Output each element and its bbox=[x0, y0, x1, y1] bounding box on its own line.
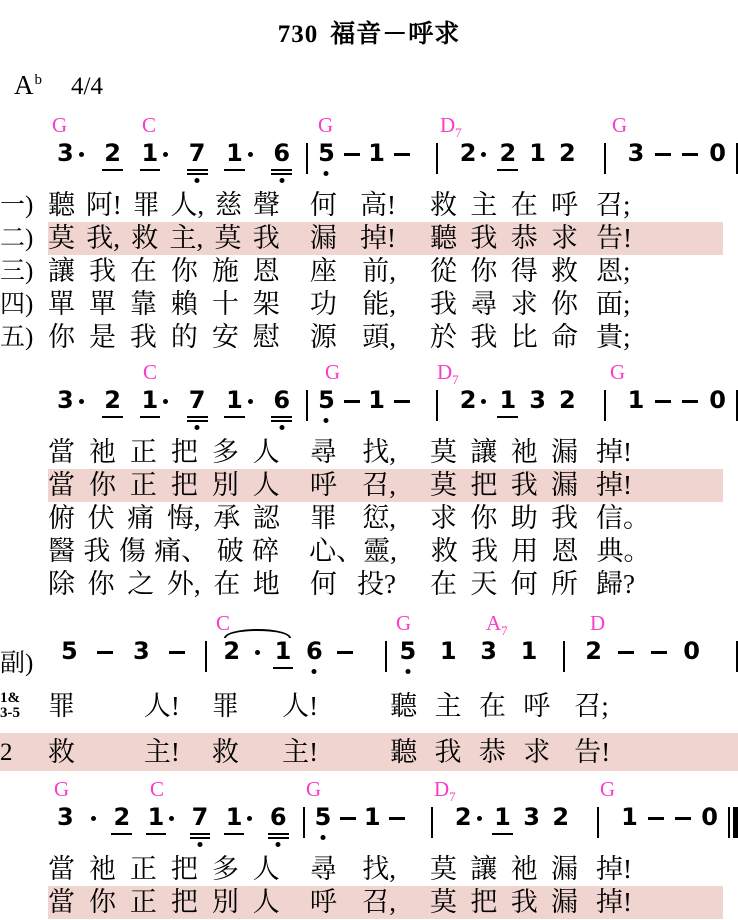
lyric-syllable: 頭, bbox=[362, 321, 396, 354]
lyric-syllable: 傷 bbox=[119, 535, 146, 568]
lyric-syllable: 祂 bbox=[511, 436, 538, 469]
lyric-syllable: 恩 bbox=[551, 535, 578, 568]
lyric-groups: 讓我在你施恩座前,從你得救恩; bbox=[48, 255, 723, 288]
duration-dot bbox=[255, 650, 260, 655]
dash bbox=[340, 817, 356, 820]
lyric-syllable: 尋 bbox=[310, 853, 337, 886]
note: 2 bbox=[499, 139, 516, 189]
note-digit: 3 bbox=[57, 386, 74, 414]
hymn-title: 730福音－呼求 bbox=[0, 14, 738, 50]
lyric-line: 除你之外,在地何投?在天何所歸? bbox=[0, 568, 738, 601]
low-octave-dot bbox=[320, 835, 325, 840]
note bbox=[169, 637, 185, 687]
note-digit: 5 bbox=[61, 637, 78, 665]
lyric-group: 我尋求你 bbox=[430, 288, 594, 321]
lyric-syllable: 靠 bbox=[130, 288, 157, 321]
lyric-syllable: 漏 bbox=[310, 222, 337, 255]
low-octave-dot bbox=[324, 418, 329, 423]
note bbox=[394, 386, 410, 436]
low-octave-dot bbox=[405, 669, 410, 674]
lyric-syllable: 尋 bbox=[470, 288, 497, 321]
note: 1 bbox=[364, 803, 381, 853]
lyric-syllable: 靈, bbox=[363, 535, 397, 568]
lyric-syllable: 醫 bbox=[48, 535, 75, 568]
note: 6 bbox=[306, 637, 323, 687]
lyric-syllable: 在 bbox=[479, 690, 506, 723]
lyric-syllable: 別 bbox=[212, 886, 239, 919]
lyric-syllable: 把 bbox=[171, 436, 198, 469]
lyric-syllable: 歸? bbox=[596, 568, 635, 601]
note: 3 bbox=[480, 637, 497, 687]
lyric-syllable: 面; bbox=[596, 288, 631, 321]
dash bbox=[648, 817, 664, 820]
chord-row: CGD7G bbox=[0, 360, 738, 384]
chord-label: G bbox=[612, 113, 627, 137]
verse-number-label: 一) bbox=[0, 189, 48, 222]
lyric-syllable: 求 bbox=[511, 288, 538, 321]
note bbox=[618, 637, 634, 687]
dash bbox=[169, 651, 185, 654]
dash bbox=[682, 153, 698, 156]
note: 2 bbox=[104, 386, 121, 436]
lyric-syllable: 救 bbox=[131, 222, 158, 255]
lyric-syllable: 人 bbox=[253, 886, 280, 919]
lyric-groups: 當你正把別人呼召,莫把我漏掉! bbox=[48, 886, 723, 919]
lyric-group: 何投? bbox=[304, 568, 430, 601]
lyric-syllable: 求 bbox=[430, 502, 457, 535]
chord-label: C bbox=[216, 611, 230, 635]
lyric-syllable: 架 bbox=[253, 288, 280, 321]
note-digit: 1 bbox=[226, 139, 243, 167]
lyric-syllable: 慈 bbox=[215, 189, 242, 222]
lyric-group: 何高! bbox=[304, 189, 430, 222]
lyric-syllable: 所 bbox=[551, 568, 578, 601]
note: 3 bbox=[57, 386, 84, 436]
lyric-syllable: 安 bbox=[212, 321, 239, 354]
lyric-syllable: 在 bbox=[130, 255, 157, 288]
lyric-group: 莫讓祂漏 bbox=[430, 853, 594, 886]
notation-row: 32171651213210 bbox=[0, 386, 738, 436]
lyric-syllable: 你 bbox=[470, 255, 497, 288]
lyric-syllable: 恩 bbox=[253, 255, 280, 288]
note-digit: 5 bbox=[318, 386, 335, 414]
note-digit: 0 bbox=[709, 139, 726, 167]
lyric-syllable: 在 bbox=[430, 568, 457, 601]
dash bbox=[344, 153, 360, 156]
lyric-syllable: 找, bbox=[362, 853, 396, 886]
lyric-syllable: 之 bbox=[127, 568, 154, 601]
chord-label: A7 bbox=[486, 611, 508, 637]
lyric-syllable: 認 bbox=[253, 502, 280, 535]
lyric-group: 莫讓祂漏 bbox=[430, 436, 594, 469]
lyric-syllable: 痛、 bbox=[154, 535, 208, 568]
note-digit: 3 bbox=[480, 637, 497, 665]
dash bbox=[655, 400, 671, 403]
measure: 5131 bbox=[387, 637, 563, 687]
note: 6 bbox=[273, 139, 290, 189]
lyric-syllable: 除 bbox=[48, 568, 75, 601]
low-octave-dot bbox=[276, 842, 281, 847]
note-digit: 3 bbox=[523, 803, 540, 831]
note: 6 bbox=[270, 803, 287, 853]
note bbox=[344, 386, 360, 436]
lyric-syllable: 痛 bbox=[127, 502, 154, 535]
lyric-group: 呼召, bbox=[304, 469, 430, 502]
note: 1 bbox=[226, 803, 253, 853]
lyric-syllable: 貴; bbox=[596, 321, 631, 354]
note: 2 bbox=[559, 139, 576, 189]
verse-number-label: 1&3-5 bbox=[0, 691, 48, 721]
notation-row: 32171651213210 bbox=[0, 803, 738, 853]
chord-label: G bbox=[306, 777, 321, 801]
lyric-syllable: 掉! bbox=[596, 469, 632, 502]
note-digit: 2 bbox=[585, 637, 602, 665]
lyric-syllable: 恭 bbox=[511, 222, 538, 255]
lyric-syllable: 用 bbox=[511, 535, 538, 568]
note-digit: 3 bbox=[57, 139, 74, 167]
chord-label: G bbox=[396, 611, 411, 635]
lyric-group: 罪人! bbox=[204, 690, 380, 723]
music-system: CGA7D副)532165131201&3-5罪人!罪人!聽主在呼召;2救主!救… bbox=[0, 611, 738, 771]
note: 1 bbox=[499, 386, 516, 436]
chord-row: GCGD7G bbox=[0, 113, 738, 137]
chord-label: G bbox=[52, 113, 67, 137]
measures: 32171651213210 bbox=[48, 386, 738, 436]
measure: 51 bbox=[308, 139, 436, 189]
note-digit: 3 bbox=[133, 637, 150, 665]
note-digit: 6 bbox=[273, 139, 290, 167]
lyric-syllable: 主, bbox=[170, 222, 204, 255]
lyric-group: 你是我的安慰 bbox=[48, 321, 304, 354]
lyric-groups: 當祂正把多人尋找,莫讓祂漏掉! bbox=[48, 853, 723, 886]
lyric-groups: 罪人!罪人!聽主在呼召; bbox=[48, 687, 723, 725]
note: 3 bbox=[57, 803, 74, 853]
dash bbox=[675, 817, 691, 820]
lyric-group: 座前, bbox=[304, 255, 430, 288]
note: 1 bbox=[275, 637, 292, 687]
final-barline bbox=[733, 807, 738, 838]
lyric-syllable: 莫 bbox=[48, 222, 75, 255]
lyric-line: 當你正把別人呼召,莫把我漏掉! bbox=[0, 469, 738, 502]
lyric-syllable: 把 bbox=[171, 469, 198, 502]
lyric-syllable: 莫 bbox=[430, 886, 457, 919]
note-digit: 1 bbox=[226, 386, 243, 414]
lyric-syllable: 正 bbox=[130, 886, 157, 919]
lyric-group: 求你助我 bbox=[430, 502, 594, 535]
measure: 51 bbox=[308, 386, 436, 436]
note-digit: 6 bbox=[306, 637, 323, 665]
lyric-groups: 當祂正把多人尋找,莫讓祂漏掉! bbox=[48, 436, 723, 469]
lyric-syllable: 當 bbox=[48, 853, 75, 886]
note-digit: 1 bbox=[521, 637, 538, 665]
note-digit: 1 bbox=[142, 386, 159, 414]
note-digit: 5 bbox=[315, 803, 332, 831]
note-digit: 1 bbox=[529, 139, 546, 167]
lyric-syllable: 聽 bbox=[390, 736, 417, 769]
low-octave-dot bbox=[279, 425, 284, 430]
music-system: CGD7G32171651213210當祂正把多人尋找,莫讓祂漏掉!當你正把別人… bbox=[0, 360, 738, 601]
lyric-syllable: 在 bbox=[511, 189, 538, 222]
lyric-group: 尋找, bbox=[304, 853, 430, 886]
note: 2 bbox=[559, 386, 576, 436]
note-digit: 2 bbox=[455, 803, 472, 831]
dash bbox=[682, 400, 698, 403]
lyric-line: 四)單單靠賴十架功能,我尋求你面; bbox=[0, 288, 738, 321]
lyric-group: 聽我恭求 bbox=[430, 222, 594, 255]
lyric-group: 罪愆, bbox=[304, 502, 430, 535]
verse-number-label: 三) bbox=[0, 255, 48, 288]
lyric-group: 掉! bbox=[594, 469, 723, 502]
lyric-syllable: 伏 bbox=[88, 502, 115, 535]
chord-label: G bbox=[600, 777, 615, 801]
low-octave-dot bbox=[324, 171, 329, 176]
lyric-syllable: 能, bbox=[362, 288, 396, 321]
note bbox=[655, 386, 671, 436]
chord-subscript: 7 bbox=[455, 125, 462, 140]
chord-subscript: 7 bbox=[449, 789, 456, 804]
lyric-groups: 你是我的安慰源頭,於我比命貴; bbox=[48, 321, 723, 354]
chord-label: D7 bbox=[434, 777, 456, 803]
lyric-syllable: 我 bbox=[89, 255, 116, 288]
verse-number-label: 四) bbox=[0, 288, 48, 321]
lyric-syllable: 祂 bbox=[511, 853, 538, 886]
lyric-syllable: 何 bbox=[310, 189, 337, 222]
lyric-group: 召; bbox=[554, 690, 723, 723]
lyric-group: 從你得救 bbox=[430, 255, 594, 288]
measure: 2132 bbox=[433, 803, 597, 853]
lyric-syllable: 讓 bbox=[470, 853, 497, 886]
lyric-syllable: 何 bbox=[310, 568, 337, 601]
lyric-syllable: 人! bbox=[282, 690, 318, 723]
note: 0 bbox=[709, 386, 726, 436]
lyric-syllable: 主! bbox=[282, 736, 318, 769]
lyric-syllable: 功 bbox=[310, 288, 337, 321]
note: 2 bbox=[104, 139, 121, 189]
lyric-group: 當祂正把多人 bbox=[48, 853, 304, 886]
lyric-group: 信。 bbox=[594, 502, 723, 535]
note-digit: 7 bbox=[189, 139, 206, 167]
lyric-group: 掉! bbox=[594, 886, 723, 919]
lyric-syllable: 外, bbox=[167, 568, 201, 601]
note: 7 bbox=[189, 386, 206, 436]
note-digit: 2 bbox=[460, 386, 477, 414]
lyric-syllable: 我 bbox=[130, 321, 157, 354]
duration-dot bbox=[163, 152, 168, 157]
note bbox=[675, 803, 691, 853]
chord-label: D7 bbox=[440, 113, 462, 139]
lyric-groups: 救主!救主!聽我恭求告! bbox=[48, 733, 723, 771]
lyric-syllable: 座 bbox=[310, 255, 337, 288]
lyric-syllable: 慰 bbox=[253, 321, 280, 354]
lyric-group: 功能, bbox=[304, 288, 430, 321]
note: 1 bbox=[226, 139, 253, 189]
chord-label: G bbox=[54, 777, 69, 801]
lyric-syllable: 我 bbox=[551, 502, 578, 535]
lyric-syllable: 正 bbox=[130, 436, 157, 469]
note: 2 bbox=[455, 803, 482, 853]
note: 2 bbox=[552, 803, 569, 853]
note-digit: 1 bbox=[142, 139, 159, 167]
lyric-group: 掉! bbox=[594, 436, 723, 469]
note-digit: 3 bbox=[628, 139, 645, 167]
dash bbox=[655, 153, 671, 156]
duration-dot bbox=[481, 399, 486, 404]
lyric-syllable: 漏 bbox=[551, 853, 578, 886]
lyric-syllable: 漏 bbox=[551, 886, 578, 919]
low-octave-dot bbox=[279, 178, 284, 183]
lyric-group: 面; bbox=[594, 288, 723, 321]
lyric-syllable: 心、 bbox=[309, 535, 363, 568]
lyric-syllable: 讓 bbox=[48, 255, 75, 288]
lyric-syllable: 漏 bbox=[551, 436, 578, 469]
note: 0 bbox=[701, 803, 718, 853]
lyric-syllable: 源 bbox=[310, 321, 337, 354]
lyric-syllable: 前, bbox=[362, 255, 396, 288]
lyric-syllable: 莫 bbox=[430, 469, 457, 502]
lyric-syllable: 我 bbox=[470, 222, 497, 255]
note: 1 bbox=[368, 386, 385, 436]
lyric-syllable: 高! bbox=[360, 189, 396, 222]
lyric-syllable: 地 bbox=[253, 568, 280, 601]
chord-row: GCGD7G bbox=[0, 777, 738, 801]
lyric-group: 救主在呼 bbox=[430, 189, 594, 222]
note-digit: 7 bbox=[189, 386, 206, 414]
lyric-syllable: 召; bbox=[596, 189, 631, 222]
lyric-syllable: 讓 bbox=[470, 436, 497, 469]
note bbox=[340, 803, 356, 853]
lyric-group: 莫把我漏 bbox=[430, 469, 594, 502]
chord-label: D bbox=[590, 611, 605, 635]
lyric-syllable: 助 bbox=[511, 502, 538, 535]
lyric-line: 2救主!救主!聽我恭求告! bbox=[0, 733, 738, 771]
lyric-syllable: 我 bbox=[83, 535, 110, 568]
lyric-syllable: 求 bbox=[523, 736, 550, 769]
measure: 216 bbox=[207, 637, 385, 687]
note: 7 bbox=[192, 803, 209, 853]
lyric-syllable: 多 bbox=[212, 853, 239, 886]
note-digit: 2 bbox=[559, 386, 576, 414]
lyric-syllable: 把 bbox=[470, 469, 497, 502]
notation-row: 副)53216513120 bbox=[0, 637, 738, 687]
dash bbox=[394, 153, 410, 156]
measure: 321716 bbox=[48, 386, 306, 436]
lyric-syllable: 你 bbox=[89, 469, 116, 502]
lyric-group: 莫把我漏 bbox=[430, 886, 594, 919]
note-digit: 0 bbox=[683, 637, 700, 665]
lyric-syllable: 比 bbox=[511, 321, 538, 354]
lyric-syllable: 悔, bbox=[167, 502, 201, 535]
chord-row: CGA7D bbox=[0, 611, 738, 635]
lyric-syllable: 信。 bbox=[596, 502, 650, 535]
lyric-groups: 俯伏痛悔,承認罪愆,求你助我信。 bbox=[48, 502, 723, 535]
verse-number-label: 五) bbox=[0, 321, 48, 354]
note-digit: 1 bbox=[621, 803, 638, 831]
lyric-syllable: 的 bbox=[171, 321, 198, 354]
lyric-syllable: 呼 bbox=[551, 189, 578, 222]
lyric-syllable: 典。 bbox=[596, 535, 650, 568]
verse-number-text: 1& bbox=[0, 691, 48, 706]
note: 1 bbox=[621, 803, 638, 853]
lyric-groups: 除你之外,在地何投?在天何所歸? bbox=[48, 568, 723, 601]
note-digit: 2 bbox=[104, 386, 121, 414]
lyric-syllable: 人 bbox=[253, 469, 280, 502]
hymn-number: 730 bbox=[278, 21, 319, 48]
systems-container: GCGD7G32171651221230一)聽阿!罪人,慈聲何高!救主在呼召;二… bbox=[0, 113, 738, 919]
chord-label: D7 bbox=[437, 360, 459, 386]
lyric-groups: 單單靠賴十架功能,我尋求你面; bbox=[48, 288, 723, 321]
duration-dot bbox=[79, 399, 84, 404]
hymn-sheet-page: 730福音－呼求 Ab4/4 GCGD7G32171651221230一)聽阿!… bbox=[0, 0, 738, 920]
lyric-syllable: 何 bbox=[511, 568, 538, 601]
lyric-syllable: 人 bbox=[253, 436, 280, 469]
measure: 10 bbox=[599, 803, 728, 853]
lyric-group: 讓我在你施恩 bbox=[48, 255, 304, 288]
lyric-group: 於我比命 bbox=[430, 321, 594, 354]
chord-subscript: 7 bbox=[501, 623, 508, 638]
lyric-syllable: 罪 bbox=[48, 690, 75, 723]
lyric-syllable: 我 bbox=[430, 288, 457, 321]
lyric-syllable: 把 bbox=[470, 886, 497, 919]
lyric-group: 聽主在呼 bbox=[380, 690, 554, 723]
lyric-syllable: 在 bbox=[213, 568, 240, 601]
lyric-group: 救我用恩 bbox=[431, 535, 595, 568]
chord-label: G bbox=[318, 113, 333, 137]
lyric-syllable: 投? bbox=[357, 568, 396, 601]
lyric-group: 告! bbox=[554, 736, 723, 769]
note: 1 bbox=[628, 386, 645, 436]
dash bbox=[651, 651, 667, 654]
chorus-label bbox=[0, 139, 48, 189]
note-digit: 5 bbox=[318, 139, 335, 167]
key-letter: A bbox=[14, 70, 34, 100]
note-digit: 7 bbox=[192, 803, 209, 831]
note-digit: 1 bbox=[494, 803, 511, 831]
lyric-group: 告! bbox=[594, 222, 723, 255]
lyric-group: 心、靈, bbox=[303, 535, 431, 568]
lyric-syllable: 救 bbox=[48, 736, 75, 769]
lyric-group: 醫我傷痛、破碎 bbox=[48, 535, 303, 568]
lyric-syllable: 你 bbox=[470, 502, 497, 535]
lyric-syllable: 當 bbox=[48, 436, 75, 469]
chord-label: C bbox=[150, 777, 164, 801]
lyric-syllable: 呼 bbox=[310, 886, 337, 919]
note: 3 bbox=[529, 386, 546, 436]
note bbox=[91, 803, 96, 853]
notation-row: 32171651221230 bbox=[0, 139, 738, 189]
lyric-syllable: 單 bbox=[48, 288, 75, 321]
lyric-group: 呼召, bbox=[304, 886, 430, 919]
note-digit: 3 bbox=[57, 803, 74, 831]
note-digit: 1 bbox=[628, 386, 645, 414]
lyric-syllable: 罪 bbox=[310, 502, 337, 535]
note bbox=[97, 637, 113, 687]
lyric-syllable: 召, bbox=[362, 469, 396, 502]
lyric-syllable: 恩; bbox=[596, 255, 631, 288]
lyric-syllable: 聲 bbox=[253, 189, 280, 222]
note-digit: 1 bbox=[275, 637, 292, 665]
lyric-syllable: 你 bbox=[48, 321, 75, 354]
note-digit: 1 bbox=[364, 803, 381, 831]
lyric-syllable: 掉! bbox=[360, 222, 396, 255]
lyric-line: 當祂正把多人尋找,莫讓祂漏掉! bbox=[0, 853, 738, 886]
note-digit: 1 bbox=[368, 139, 385, 167]
note: 1 bbox=[142, 139, 169, 189]
note: 1 bbox=[494, 803, 511, 853]
lyric-syllable: 俯 bbox=[48, 502, 75, 535]
note-digit: 0 bbox=[701, 803, 718, 831]
barline bbox=[728, 807, 730, 838]
lyric-syllable: 我 bbox=[470, 321, 497, 354]
